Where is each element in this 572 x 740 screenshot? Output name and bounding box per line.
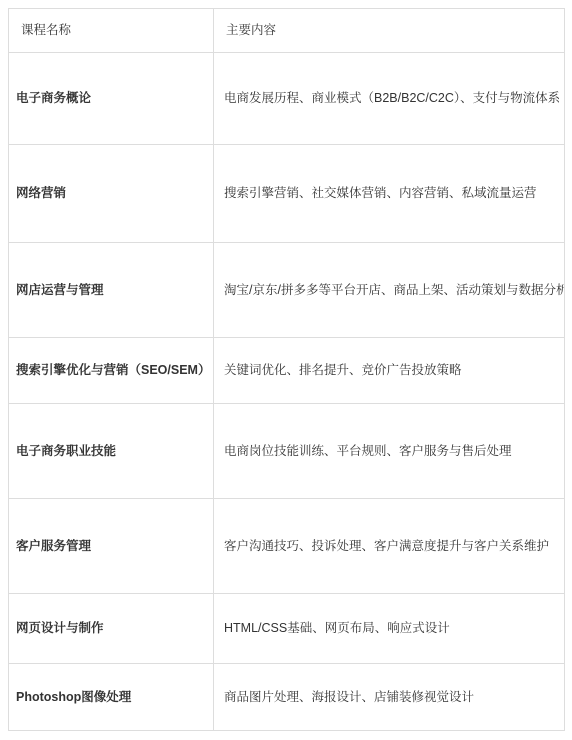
main-content-cell: 搜索引擎营销、社交媒体营销、内容营销、私域流量运营 bbox=[214, 145, 565, 243]
course-name-cell: 电子商务职业技能 bbox=[9, 404, 214, 499]
course-name-cell: Photoshop图像处理 bbox=[9, 664, 214, 731]
course-name-cell: 网络营销 bbox=[9, 145, 214, 243]
table-row: Photoshop图像处理 商品图片处理、海报设计、店铺装修视觉设计 bbox=[9, 664, 565, 731]
main-content-cell: 客户沟通技巧、投诉处理、客户满意度提升与客户关系维护 bbox=[214, 499, 565, 594]
table-header-row: 课程名称 主要内容 bbox=[9, 9, 565, 53]
course-name-cell: 网页设计与制作 bbox=[9, 594, 214, 664]
table-row: 网店运营与管理 淘宝/京东/拼多多等平台开店、商品上架、活动策划与数据分析 bbox=[9, 243, 565, 338]
column-header-course-name: 课程名称 bbox=[9, 9, 214, 53]
main-content-cell: 关键词优化、排名提升、竞价广告投放策略 bbox=[214, 338, 565, 404]
table-row: 电子商务概论 电商发展历程、商业模式（B2B/B2C/C2C）、支付与物流体系 bbox=[9, 53, 565, 145]
table-row: 电子商务职业技能 电商岗位技能训练、平台规则、客户服务与售后处理 bbox=[9, 404, 565, 499]
course-name-cell: 搜索引擎优化与营销（SEO/SEM） bbox=[9, 338, 214, 404]
document-page: 课程名称 主要内容 电子商务概论 电商发展历程、商业模式（B2B/B2C/C2C… bbox=[0, 0, 572, 740]
main-content-cell: 电商岗位技能训练、平台规则、客户服务与售后处理 bbox=[214, 404, 565, 499]
course-table: 课程名称 主要内容 电子商务概论 电商发展历程、商业模式（B2B/B2C/C2C… bbox=[8, 8, 565, 731]
main-content-cell: 淘宝/京东/拼多多等平台开店、商品上架、活动策划与数据分析 bbox=[214, 243, 565, 338]
main-content-cell: 商品图片处理、海报设计、店铺装修视觉设计 bbox=[214, 664, 565, 731]
table-row: 网页设计与制作 HTML/CSS基础、网页布局、响应式设计 bbox=[9, 594, 565, 664]
main-content-cell: 电商发展历程、商业模式（B2B/B2C/C2C）、支付与物流体系 bbox=[214, 53, 565, 145]
course-name-cell: 电子商务概论 bbox=[9, 53, 214, 145]
column-header-main-content: 主要内容 bbox=[214, 9, 565, 53]
main-content-cell: HTML/CSS基础、网页布局、响应式设计 bbox=[214, 594, 565, 664]
table-row: 搜索引擎优化与营销（SEO/SEM） 关键词优化、排名提升、竞价广告投放策略 bbox=[9, 338, 565, 404]
course-name-cell: 客户服务管理 bbox=[9, 499, 214, 594]
table-row: 网络营销 搜索引擎营销、社交媒体营销、内容营销、私域流量运营 bbox=[9, 145, 565, 243]
table-row: 客户服务管理 客户沟通技巧、投诉处理、客户满意度提升与客户关系维护 bbox=[9, 499, 565, 594]
course-name-cell: 网店运营与管理 bbox=[9, 243, 214, 338]
